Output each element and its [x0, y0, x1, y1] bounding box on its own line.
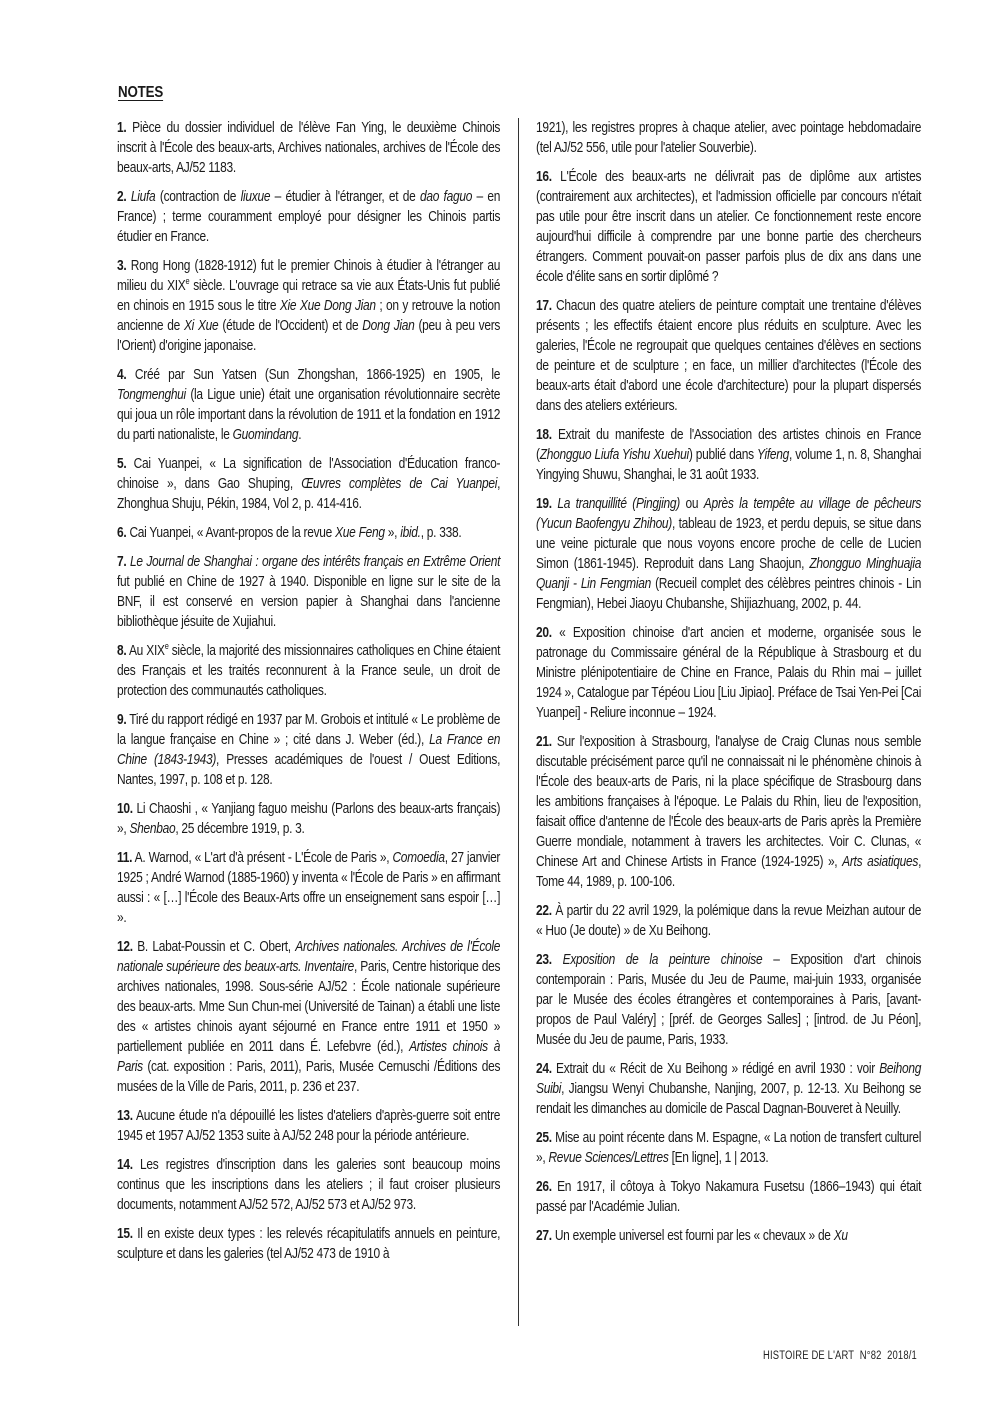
italic-title: Le Journal de Shanghai : organe des inté… [130, 554, 500, 570]
notes-list-left: 1. Pièce du dossier individuel de l'élèv… [117, 118, 500, 1264]
notes-column-left: 1. Pièce du dossier individuel de l'élèv… [117, 118, 500, 1273]
footnote: 23. Exposition de la peinture chinoise –… [536, 950, 921, 1050]
italic-title: ibid. [400, 525, 421, 541]
footnote: 6. Cai Yuanpei, « Avant-propos de la rev… [117, 523, 500, 543]
footnote-number: 7. [117, 554, 126, 570]
footnote-number: 2. [117, 189, 126, 205]
footnote-text: « Exposition chinoise d'art ancien et mo… [536, 625, 921, 721]
footnote-number: 24. [536, 1061, 552, 1077]
footnote-number: 3. [117, 258, 126, 274]
footnote-text: ) publié dans [689, 447, 757, 463]
footnote: 10. Li Chaoshi , « Yanjiang faguo meishu… [117, 799, 500, 839]
footnote-number: 13. [117, 1108, 133, 1124]
footnote-text: A. Warnod, « L'art d'à présent - L'École… [132, 850, 392, 866]
footnote: 18. Extrait du manifeste de l'Associatio… [536, 425, 921, 485]
footnote: 12. B. Labat-Poussin et C. Obert, Archiv… [117, 937, 500, 1097]
notes-heading: NOTES [118, 84, 163, 102]
footnote-text: – étudier à l'étranger, et de [270, 189, 420, 205]
footnote: 3. Rong Hong (1828-1912) fut le premier … [117, 256, 500, 356]
footnote-text [552, 952, 563, 968]
footnote-number: 23. [536, 952, 552, 968]
footnote-text: fut publié en Chine de 1927 à 1940. Disp… [117, 574, 500, 630]
footnote: 19. La tranquillité (Pingjing) ou Après … [536, 494, 921, 614]
footnote: 17. Chacun des quatre ateliers de peintu… [536, 296, 921, 416]
footnote: 16. L'École des beaux-arts ne délivrait … [536, 167, 921, 287]
footnote: 26. En 1917, il côtoya à Tokyo Nakamura … [536, 1177, 921, 1217]
footnote: 2. Liufa (contraction de liuxue – étudie… [117, 187, 500, 247]
footnote-text: Au XIX [126, 643, 164, 659]
footnote-text: siècle, la majorité des missionnaires ca… [117, 643, 500, 699]
footnote-number: 15. [117, 1226, 133, 1242]
footer-year: 2018/1 [887, 1350, 917, 1362]
footnote: 8. Au XIXe siècle, la majorité des missi… [117, 641, 500, 701]
footnote-text: », [385, 525, 400, 541]
footnote: 11. A. Warnod, « L'art d'à présent - L'É… [117, 848, 500, 928]
footnote-text: , Jiangsu Wenyi Chubanshe, Nanjing, 2007… [536, 1081, 921, 1117]
footnote: 9. Tiré du rapport rédigé en 1937 par M.… [117, 710, 500, 790]
footnote: 20. « Exposition chinoise d'art ancien e… [536, 623, 921, 723]
footnote: 14. Les registres d'inscription dans les… [117, 1155, 500, 1215]
footnote-number: 8. [117, 643, 126, 659]
italic-title: Shenbao [129, 821, 175, 837]
footnote-number: 1. [117, 120, 126, 136]
footnote-text: Les registres d'inscription dans les gal… [117, 1157, 500, 1213]
footnote-number: 22. [536, 903, 552, 919]
footnote: 25. Mise au point récente dans M. Espagn… [536, 1128, 921, 1168]
footnote-text: Il en existe deux types : les relevés ré… [117, 1226, 500, 1262]
footnote-number: 25. [536, 1130, 552, 1146]
italic-title: dao faguo [420, 189, 472, 205]
footnote-number: 11. [117, 850, 132, 866]
italic-title: Arts asiatiques [842, 854, 918, 870]
footnote-number: 16. [536, 169, 552, 185]
footnote-text: (contraction de [155, 189, 240, 205]
footnote: 13. Aucune étude n'a dépouillé les liste… [117, 1106, 500, 1146]
footnote-text: Sur l'exposition à Strasbourg, l'analyse… [536, 734, 921, 870]
notes-list-right: 1921), les registres propres à chaque at… [536, 118, 921, 1246]
footnote-text: Créé par Sun Yatsen (Sun Zhongshan, 1866… [126, 367, 500, 383]
footnote-text: B. Labat-Poussin et C. Obert, [133, 939, 296, 955]
footnote: 1921), les registres propres à chaque at… [536, 118, 921, 158]
footnote: 27. Un exemple universel est fourni par … [536, 1226, 921, 1246]
notes-column-right: 1921), les registres propres à chaque at… [536, 118, 921, 1255]
footnote-number: 6. [117, 525, 126, 541]
italic-title: Revue Sciences/Lettres [548, 1150, 668, 1166]
footnote-text: , p. 338. [421, 525, 462, 541]
footnote-text: . [298, 427, 301, 443]
italic-title: Xue Feng [335, 525, 385, 541]
italic-title: liuxue [241, 189, 271, 205]
italic-title: Exposition de la peinture chinoise [563, 952, 763, 968]
italic-title: Guomindang [233, 427, 299, 443]
footnote-number: 12. [117, 939, 133, 955]
footnote: 15. Il en existe deux types : les relevé… [117, 1224, 500, 1264]
footnote: 24. Extrait du « Récit de Xu Beihong » r… [536, 1059, 921, 1119]
footnote-number: 26. [536, 1179, 552, 1195]
footnote: 7. Le Journal de Shanghai : organe des i… [117, 552, 500, 632]
footnote-text: Un exemple universel est fourni par les … [552, 1228, 834, 1244]
footnote-text: Pièce du dossier individuel de l'élève F… [117, 120, 500, 176]
footnote-text: À partir du 22 avril 1929, la polémique … [536, 903, 921, 939]
footnote: 5. Cai Yuanpei, « La signification de l'… [117, 454, 500, 514]
italic-title: Xie Xue Dong Jian [280, 298, 376, 314]
page-footer: HISTOIRE DE L'ART N°82 2018/1 [763, 1350, 917, 1362]
footnote-text: L'École des beaux-arts ne délivrait pas … [536, 169, 921, 285]
footnote-text: Aucune étude n'a dépouillé les listes d'… [117, 1108, 500, 1144]
italic-title: Xu [834, 1228, 848, 1244]
footnote-number: 19. [536, 496, 552, 512]
footnote: 1. Pièce du dossier individuel de l'élèv… [117, 118, 500, 178]
footnote-text: En 1917, il côtoya à Tokyo Nakamura Fuse… [536, 1179, 921, 1215]
italic-title: Liufa [131, 189, 156, 205]
italic-title: Œuvres complètes de Cai Yuanpei [301, 476, 497, 492]
footnote-number: 5. [117, 456, 126, 472]
footnote-text: , 25 décembre 1919, p. 3. [175, 821, 304, 837]
footnote-text: Cai Yuanpei, « Avant-propos de la revue [126, 525, 335, 541]
footnote: 21. Sur l'exposition à Strasbourg, l'ana… [536, 732, 921, 892]
footnote-text: 1921), les registres propres à chaque at… [536, 120, 921, 156]
footnote-number: 21. [536, 734, 552, 750]
footnote-number: 4. [117, 367, 126, 383]
footnote-text: [En ligne], 1 | 2013. [669, 1150, 769, 1166]
page: NOTES 1. Pièce du dossier individuel de … [0, 0, 1004, 1418]
footnote-text: (étude de l'Occident) et de [218, 318, 362, 334]
footnote-number: 14. [117, 1157, 133, 1173]
footer-journal: HISTOIRE DE L'ART [763, 1350, 854, 1362]
footnote-number: 17. [536, 298, 552, 314]
italic-title: Yifeng [757, 447, 789, 463]
footnote-text: Chacun des quatre ateliers de peinture c… [536, 298, 921, 414]
italic-title: Tongmenghui [117, 387, 186, 403]
footnote-text: Extrait du « Récit de Xu Beihong » rédig… [552, 1061, 879, 1077]
italic-title: La tranquillité (Pingjing) [557, 496, 680, 512]
footnote: 4. Créé par Sun Yatsen (Sun Zhongshan, 1… [117, 365, 500, 445]
italic-title: Comoedia [392, 850, 444, 866]
footnote-number: 10. [117, 801, 133, 817]
footnote-number: 27. [536, 1228, 552, 1244]
italic-title: Xi Xue [184, 318, 218, 334]
footnote-number: 18. [536, 427, 552, 443]
italic-title: Dong Jian [362, 318, 414, 334]
footnote: 22. À partir du 22 avril 1929, la polémi… [536, 901, 921, 941]
italic-title: Zhongguo Liufa Yishu Xuehui [540, 447, 689, 463]
column-divider [518, 118, 519, 1326]
footer-issue: N°82 [860, 1350, 882, 1362]
footnote-text: (cat. exposition : Paris, 2011), Paris, … [117, 1059, 500, 1095]
footnote-number: 9. [117, 712, 126, 728]
footnote-text: ou [680, 496, 704, 512]
footnote-number: 20. [536, 625, 552, 641]
